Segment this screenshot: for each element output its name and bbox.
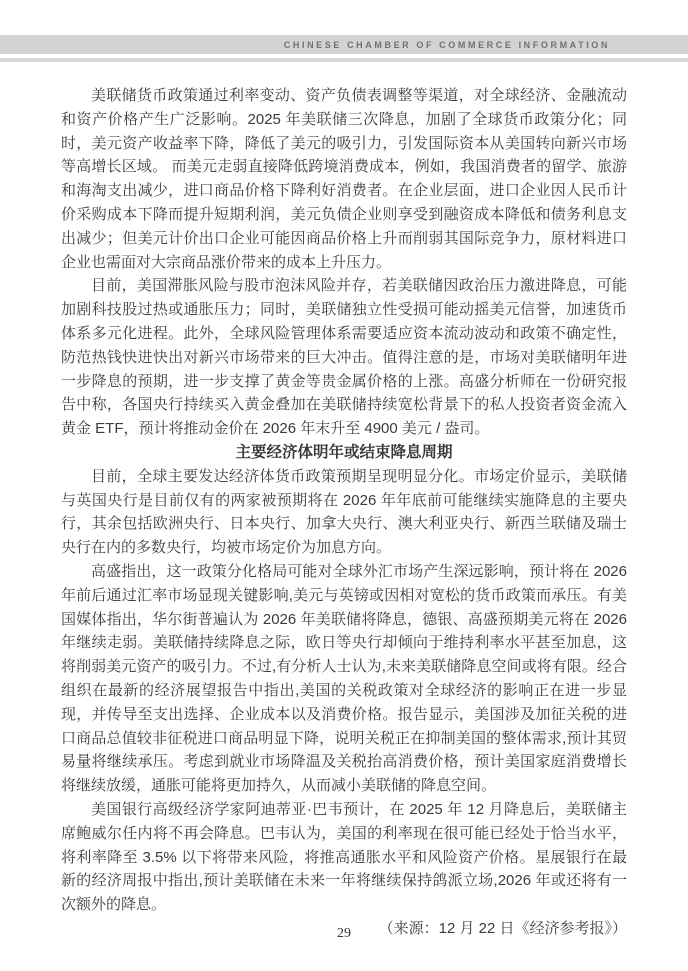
paragraph-goldman-outlook: 高盛指出，这一政策分化格局可能对全球外汇市场产生深远影响，预计将在 2026 年… — [61, 560, 627, 798]
header-banner: CHINESE CHAMBER OF COMMERCE INFORMATION — [0, 35, 688, 54]
page-number: 29 — [0, 926, 688, 942]
header-rule — [0, 58, 688, 62]
paragraph-bofa-forecast: 美国银行高级经济学家阿迪蒂亚·巴韦预计，在 2025 年 12 月降息后，美联储… — [61, 798, 627, 917]
article-body: 美联储货币政策通过利率变动、资产负债表调整等渠道，对全球经济、金融流动和资产价格… — [61, 84, 627, 941]
paragraph-risks-gold: 目前，美国滞胀风险与股市泡沫风险并存，若美联储因政治压力激进降息，可能加剧科技股… — [61, 274, 627, 441]
document-page: CHINESE CHAMBER OF COMMERCE INFORMATION … — [0, 0, 688, 971]
paragraph-fed-policy-impact: 美联储货币政策通过利率变动、资产负债表调整等渠道，对全球经济、金融流动和资产价格… — [61, 84, 627, 274]
header-banner-text: CHINESE CHAMBER OF COMMERCE INFORMATION — [284, 40, 610, 50]
section-heading: 主要经济体明年或结束降息周期 — [61, 441, 627, 465]
paragraph-policy-divergence: 目前，全球主要发达经济体货币政策预期呈现明显分化。市场定价显示，美联储与英国央行… — [61, 465, 627, 560]
